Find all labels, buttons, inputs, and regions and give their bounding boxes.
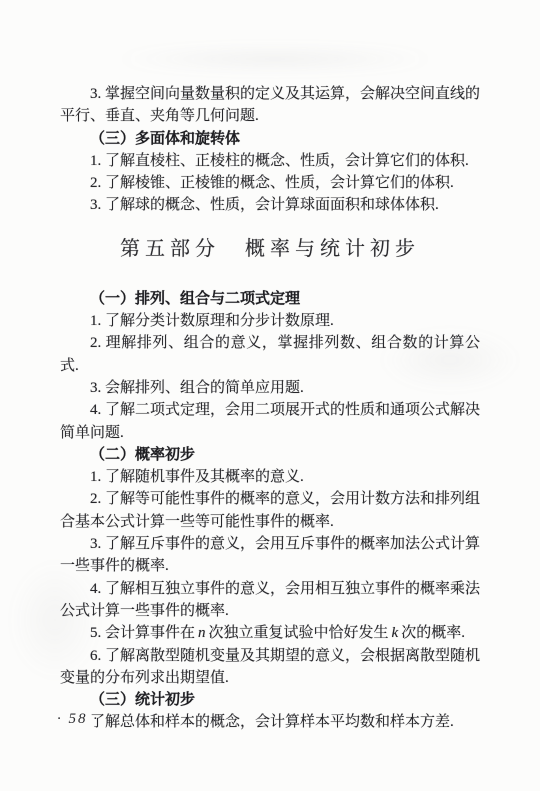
list-item: 1. 了解分类计数原理和分步计数原理. bbox=[60, 310, 480, 332]
math-variable-n: n bbox=[195, 625, 209, 641]
section-heading: （一）排列、组合与二项式定理 bbox=[60, 288, 480, 310]
list-item: 3. 了解球的概念、性质，会计算球面面积和球体体积. bbox=[60, 194, 480, 216]
item-text: 5. 会计算事件在 bbox=[90, 625, 195, 641]
paragraph: 3. 掌握空间向量数量积的定义及其运算，会解决空间直线的平行、垂直、夹角等几何问… bbox=[60, 83, 480, 128]
item-text: 次独立重复试验中恰好发生 bbox=[209, 625, 389, 641]
page-text-column: 3. 掌握空间向量数量积的定义及其运算，会解决空间直线的平行、垂直、夹角等几何问… bbox=[60, 0, 480, 734]
section-heading: （三）统计初步 bbox=[60, 689, 480, 711]
list-item: 3. 了解互斥事件的意义，会用互斥事件的概率加法公式计算一些事件的概率. bbox=[60, 533, 480, 578]
list-item: 4. 了解相互独立事件的意义，会用相互独立事件的概率乘法公式计算一些事件的概率. bbox=[60, 578, 480, 623]
section-heading: （二）概率初步 bbox=[60, 444, 480, 466]
list-item: 3. 会解排列、组合的简单应用题. bbox=[60, 377, 480, 399]
list-item: 2. 了解等可能性事件的概率的意义，会用计数方法和排列组合基本公式计算一些等可能… bbox=[60, 488, 480, 533]
page-number: · 58 · bbox=[57, 711, 99, 728]
list-item-with-variables: 5. 会计算事件在n次独立重复试验中恰好发生k次的概率. bbox=[60, 622, 480, 644]
section-heading: （三）多面体和旋转体 bbox=[60, 128, 480, 150]
item-text: 次的概率. bbox=[401, 625, 465, 641]
list-item: 1. 了解随机事件及其概率的意义. bbox=[60, 466, 480, 488]
list-item: 了解总体和样本的概念，会计算样本平均数和样本方差. bbox=[60, 711, 480, 733]
list-item: 1. 了解直棱柱、正棱柱的概念、性质，会计算它们的体积. bbox=[60, 150, 480, 172]
scanned-book-page: 3. 掌握空间向量数量积的定义及其运算，会解决空间直线的平行、垂直、夹角等几何问… bbox=[0, 0, 540, 791]
list-item: 2. 了解棱锥、正棱锥的概念、性质，会计算它们的体积. bbox=[60, 172, 480, 194]
list-item: 2. 理解排列、组合的意义，掌握排列数、组合数的计算公式. bbox=[60, 332, 480, 377]
list-item: 4. 了解二项式定理，会用二项展开式的性质和通项公式解决简单问题. bbox=[60, 399, 480, 444]
math-variable-k: k bbox=[389, 625, 402, 641]
list-item: 6. 了解离散型随机变量及其期望的意义，会根据离散型随机变量的分布列求出期望值. bbox=[60, 645, 480, 690]
part-title: 第五部分 概率与统计初步 bbox=[60, 236, 480, 263]
